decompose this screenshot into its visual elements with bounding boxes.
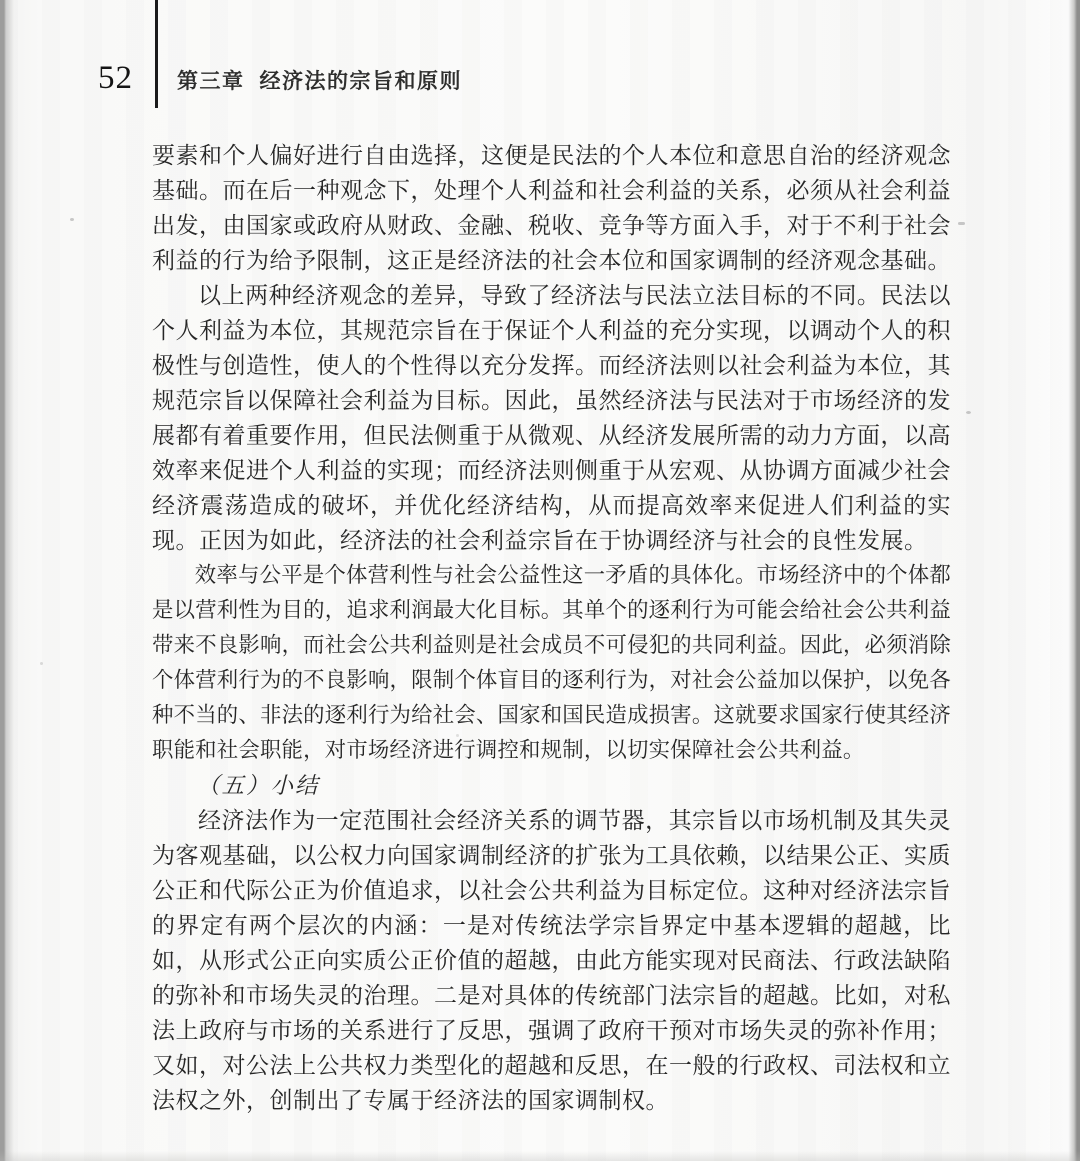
scan-edge-bottom [0, 1151, 1080, 1161]
chapter-title: 经济法的宗旨和原则 [260, 70, 463, 94]
scan-speck [966, 411, 971, 414]
section-heading: （五）小结 [152, 768, 951, 803]
body-paragraph: 以上两种经济观念的差异，导致了经济法与民法立法目标的不同。民法以个人利益为本位，… [152, 278, 951, 558]
scan-speck [958, 222, 965, 225]
scan-edge-right [1068, 0, 1080, 1161]
page-body: 要素和个人偏好进行自由选择，这便是民法的个人本位和意思自治的经济观念基础。而在后… [152, 138, 951, 1118]
body-paragraph: 要素和个人偏好进行自由选择，这便是民法的个人本位和意思自治的经济观念基础。而在后… [152, 138, 951, 278]
body-paragraph: 经济法作为一定范围社会经济关系的调节器，其宗旨以市场机制及其失灵为客观基础，以公… [152, 803, 951, 1118]
page-number: 52 [98, 60, 133, 96]
body-paragraph: 效率与公平是个体营利性与社会公益性这一矛盾的具体化。市场经济中的个体都是以营利性… [152, 558, 951, 768]
scanned-book-page: 52 第三章 经济法的宗旨和原则 要素和个人偏好进行自由选择，这便是民法的个人本… [0, 0, 1080, 1161]
chapter-label: 第三章 [177, 70, 245, 94]
scan-speck [70, 218, 74, 221]
running-head: 第三章 经济法的宗旨和原则 [177, 70, 462, 94]
scan-edge-left [0, 0, 14, 1161]
header-divider-rule [155, 0, 158, 108]
scan-speck [40, 662, 43, 665]
